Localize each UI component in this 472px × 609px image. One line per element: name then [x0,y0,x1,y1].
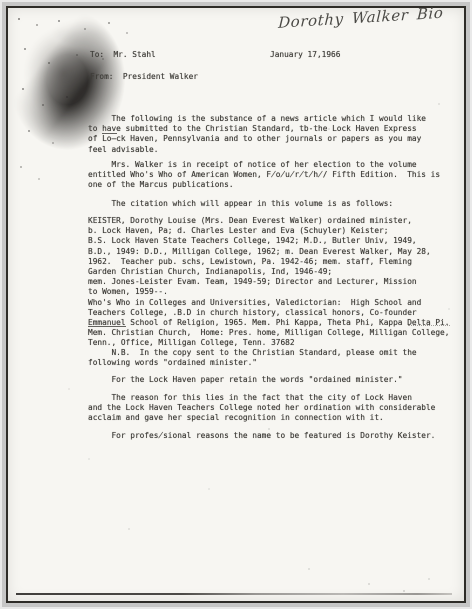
typed-line: Emmanuel School of Religion, 1965. Mem. … [88,318,449,328]
typed-line: and the Lock Haven Teachers College note… [88,403,435,413]
underline-have-mark [102,133,117,134]
typed-line: of Lo̶ck Haven, Pennsylvania and to othe… [88,134,426,144]
scanned-memo: Dorothy Walker Bio To: Mr. Stahl January… [0,0,472,609]
typed-line: Mem. Christian Church, Home: Pres. home,… [88,328,449,338]
typed-line: to Women, 1959--. [88,287,449,297]
typed-line: The following is the substance of a news… [88,114,426,124]
featured-paragraph: For profes̸sional reasons the name to be… [88,431,435,441]
typed-line: For profes̸sional reasons the name to be… [88,431,435,441]
typed-line: Mrs. Walker is in receipt of notice of h… [88,160,440,170]
typed-line: feel advisable. [88,145,426,155]
memo-from-line: From: President Walker [90,72,198,82]
typed-line: b. Lock Haven, Pa; d. Charles Lester and… [88,226,449,236]
typed-line: The reason for this lies in the fact tha… [88,393,435,403]
typed-line: Garden Christian Church, Indianapolis, I… [88,267,449,277]
memo-to-line: To: Mr. Stahl [90,50,156,60]
typed-line: one of the Marcus publications. [88,180,440,190]
to-field: To: Mr. Stahl [90,50,156,60]
retain-paragraph: For the Lock Haven paper retain the word… [88,375,403,385]
typed-line: For the Lock Haven paper retain the word… [88,375,403,385]
typed-line: mem. Jones-Leister Evam. Team, 1949-59; … [88,277,449,287]
typed-line: Teachers College, .B.D in church history… [88,308,449,318]
typed-line: acclaim and gave her special recognition… [88,413,435,423]
paragraph-2: Mrs. Walker is in receipt of notice of h… [88,160,440,191]
citation-intro: The citation which will appear in this v… [88,199,393,209]
paragraph-1: The following is the substance of a news… [88,114,426,155]
underline-emmanuel-mark [88,326,126,327]
memo-date: January 17,1966 [270,50,340,60]
typed-line: following words "ordained minister." [88,358,417,368]
from-field: From: President Walker [90,72,198,82]
dotted-underline-delta-pi [408,325,450,326]
typed-line: Who's Who in Colleges and Universities, … [88,298,449,308]
typed-line: entitled Who's Who of American Women, F̸… [88,170,440,180]
typed-line: B.S. Lock Haven State Teachers College, … [88,236,449,246]
typed-line: to have submitted to the Christian Stand… [88,124,426,134]
date-field: January 17,1966 [270,50,340,60]
citation-block: KEISTER, Dorothy Louise (Mrs. Dean Evere… [88,216,449,349]
reason-paragraph: The reason for this lies in the fact tha… [88,393,435,424]
nb-paragraph: N.B. In the copy sent to the Christian S… [88,348,417,368]
scan-edge-line [16,593,452,595]
toner-speckles [18,18,20,20]
typed-line: N.B. In the copy sent to the Christian S… [88,348,417,358]
typed-line: KEISTER, Dorothy Louise (Mrs. Dean Evere… [88,216,449,226]
paper-speckles [8,8,10,10]
typed-line: 1962. Teacher pub. schs, Lewistown, Pa. … [88,257,449,267]
typed-line: B.D., 1949: D.D., Milligan College, 1962… [88,247,449,257]
typed-line: The citation which will appear in this v… [88,199,393,209]
